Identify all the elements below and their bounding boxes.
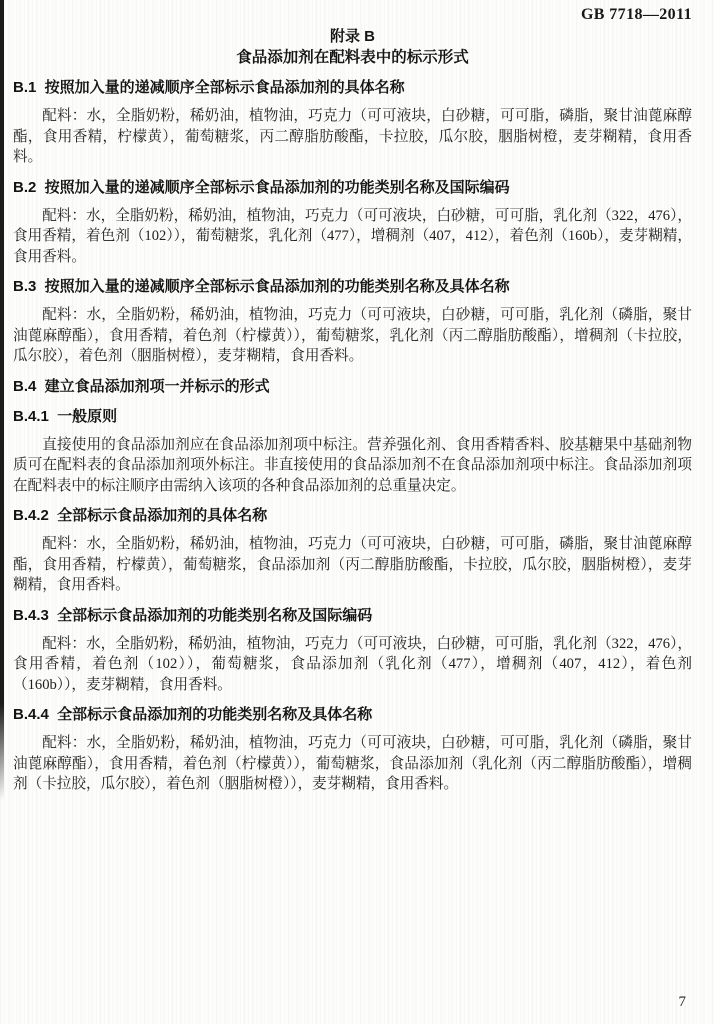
- section-heading: B.4.1 一般原则: [13, 407, 692, 427]
- document-page: GB 7718—2011 附录 B 食品添加剂在配料表中的标示形式 B.1 按照…: [0, 0, 714, 1024]
- body-paragraph: 配料：水，全脂奶粉，稀奶油，植物油，巧克力（可可液块，白砂糖，可可脂，磷脂，聚甘…: [13, 106, 692, 168]
- body-paragraph: 配料：水，全脂奶粉，稀奶油，植物油，巧克力（可可液块，白砂糖，可可脂，乳化剂（3…: [13, 206, 692, 268]
- page-content: GB 7718—2011 附录 B 食品添加剂在配料表中的标示形式 B.1 按照…: [13, 0, 692, 795]
- page-number: 7: [679, 994, 687, 1011]
- body-paragraph: 直接使用的食品添加剂应在食品添加剂项中标注。营养强化剂、食用香精香料、胶基糖果中…: [13, 435, 692, 497]
- section-heading: B.4.3 全部标示食品添加剂的功能类别名称及国际编码: [13, 606, 692, 626]
- appendix-label: 附录 B: [13, 27, 692, 47]
- appendix-title: 食品添加剂在配料表中的标示形式: [13, 47, 692, 68]
- section-heading: B.1 按照加入量的递减顺序全部标示食品添加剂的具体名称: [13, 78, 692, 98]
- body-paragraph: 配料：水，全脂奶粉，稀奶油，植物油，巧克力（可可液块，白砂糖，可可脂，乳化剂（磷…: [13, 733, 692, 795]
- body-paragraph: 配料：水，全脂奶粉，稀奶油，植物油，巧克力（可可液块，白砂糖，可可脂，磷脂，聚甘…: [13, 534, 692, 596]
- document-body: B.1 按照加入量的递减顺序全部标示食品添加剂的具体名称配料：水，全脂奶粉，稀奶…: [13, 78, 692, 795]
- section-heading: B.4 建立食品添加剂项一并标示的形式: [13, 377, 692, 397]
- section-heading: B.4.4 全部标示食品添加剂的功能类别名称及具体名称: [13, 705, 692, 725]
- section-heading: B.4.2 全部标示食品添加剂的具体名称: [13, 506, 692, 526]
- section-heading: B.2 按照加入量的递减顺序全部标示食品添加剂的功能类别名称及国际编码: [13, 178, 692, 198]
- section-heading: B.3 按照加入量的递减顺序全部标示食品添加剂的功能类别名称及具体名称: [13, 277, 692, 297]
- body-paragraph: 配料：水，全脂奶粉，稀奶油，植物油，巧克力（可可液块，白砂糖，可可脂，乳化剂（磷…: [13, 305, 692, 367]
- standard-number: GB 7718—2011: [13, 6, 692, 24]
- scan-edge-artifact: [0, 0, 4, 800]
- body-paragraph: 配料：水，全脂奶粉，稀奶油，植物油，巧克力（可可液块，白砂糖，可可脂，乳化剂（3…: [13, 634, 692, 696]
